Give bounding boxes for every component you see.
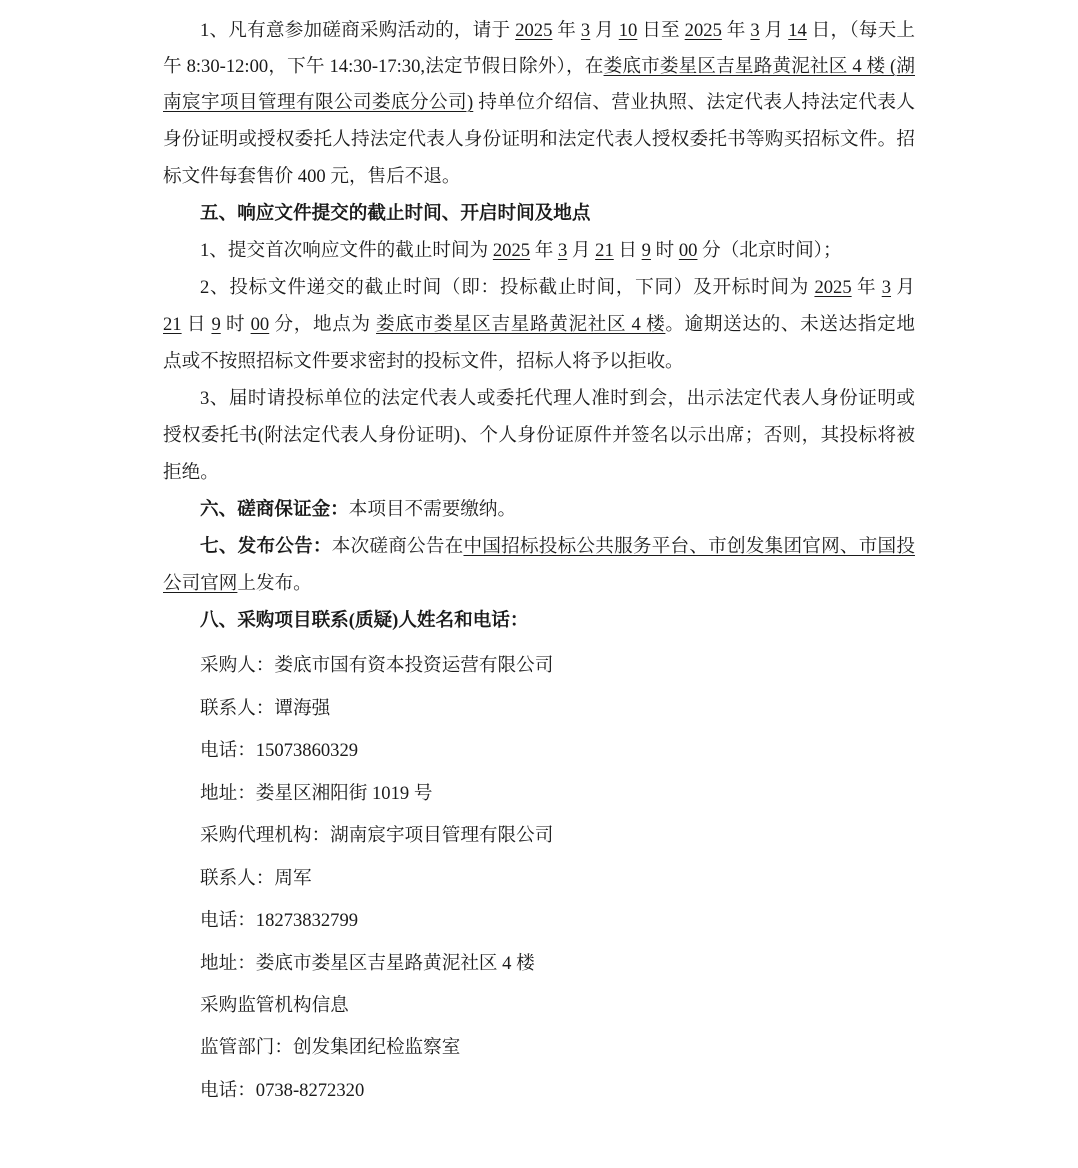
text: 日 bbox=[182, 314, 212, 335]
agency-phone: 电话：18273832799 bbox=[200, 906, 358, 936]
text: 年 bbox=[722, 20, 751, 41]
bid-day: 21 bbox=[163, 314, 182, 335]
text: 年 bbox=[552, 20, 581, 41]
text: 分，地点为 bbox=[269, 314, 376, 335]
bid-deadline-line-2: 21 日 9 时 00 分，地点为 娄底市娄星区吉星路黄泥社区 4 楼。逾期送达… bbox=[163, 310, 915, 340]
text: 月 bbox=[760, 20, 789, 41]
purchase-period-line-1: 1、凡有意参加磋商采购活动的，请于 2025 年 3 月 10 日至 2025 … bbox=[200, 16, 915, 46]
text: 月 bbox=[567, 240, 595, 261]
text: 月 bbox=[590, 20, 619, 41]
text: 本次磋商公告在 bbox=[332, 536, 464, 557]
purchaser-contact: 联系人：谭海强 bbox=[200, 694, 330, 724]
deadline-month: 3 bbox=[558, 240, 567, 261]
text: 上发布。 bbox=[237, 573, 311, 594]
section6-heading: 六、磋商保证金： bbox=[200, 499, 349, 520]
text: 2、投标文件递交的截止时间（即：投标截止时间，下同）及开标时间为 bbox=[200, 277, 814, 298]
text: 。逾期送达的、未送达指定地 bbox=[665, 314, 915, 335]
text: 1、提交首次响应文件的截止时间为 bbox=[200, 240, 493, 261]
section5-heading: 五、响应文件提交的截止时间、开启时间及地点 bbox=[200, 199, 915, 229]
text: 日至 bbox=[637, 20, 684, 41]
agency: 采购代理机构：湖南宸宇项目管理有限公司 bbox=[200, 821, 553, 851]
purchase-address-cont: 南宸宇项目管理有限公司娄底分公司) bbox=[163, 92, 473, 113]
bid-year: 2025 bbox=[814, 277, 851, 298]
text: 时 bbox=[651, 240, 679, 261]
end-year: 2025 bbox=[685, 20, 722, 41]
end-day: 14 bbox=[788, 20, 807, 41]
section6-text: 本项目不需要缴纳。 bbox=[349, 499, 516, 520]
section8-heading: 八、采购项目联系(质疑)人姓名和电话： bbox=[200, 606, 915, 636]
bid-minute: 00 bbox=[251, 314, 270, 335]
text: 日，（每天上 bbox=[807, 20, 915, 41]
agency-contact: 联系人：周军 bbox=[200, 864, 312, 894]
purchaser-phone: 电话：15073860329 bbox=[200, 736, 358, 766]
bid-month: 3 bbox=[882, 277, 891, 298]
text: 年 bbox=[530, 240, 558, 261]
bid-deadline-line-1: 2、投标文件递交的截止时间（即：投标截止时间，下同）及开标时间为 2025 年 … bbox=[200, 273, 915, 303]
publish-platforms: 中国招标投标公共服务平台、市创发集团官网、市国投 bbox=[464, 536, 915, 557]
attendance-line-1: 3、届时请投标单位的法定代表人或委托代理人准时到会，出示法定代表人身份证明或 bbox=[200, 384, 915, 414]
text: 日 bbox=[614, 240, 642, 261]
bid-deadline-line-3: 点或不按照招标文件要求密封的投标文件，招标人将予以拒收。 bbox=[163, 347, 915, 377]
section7-line-2: 公司官网上发布。 bbox=[163, 569, 915, 599]
publish-platforms-cont: 公司官网 bbox=[163, 573, 237, 594]
start-day: 10 bbox=[619, 20, 638, 41]
agency-address: 地址：娄底市娄星区吉星路黄泥社区 4 楼 bbox=[200, 949, 535, 979]
supervisor-phone: 电话：0738-8272320 bbox=[200, 1076, 364, 1106]
purchase-period-line-3: 南宸宇项目管理有限公司娄底分公司) 持单位介绍信、营业执照、法定代表人持法定代表… bbox=[163, 88, 915, 118]
deadline-year: 2025 bbox=[493, 240, 530, 261]
purchaser-address: 地址：娄星区湘阳街 1019 号 bbox=[200, 779, 432, 809]
deadline-hour: 9 bbox=[642, 240, 651, 261]
bid-hour: 9 bbox=[211, 314, 220, 335]
end-month: 3 bbox=[750, 20, 759, 41]
text: 月 bbox=[891, 277, 915, 298]
deadline-minute: 00 bbox=[679, 240, 698, 261]
text: 午 8:30-12:00，下午 14:30-17:30,法定节假日除外），在 bbox=[163, 56, 604, 77]
supervisor-dept: 监管部门：创发集团纪检监察室 bbox=[200, 1033, 460, 1063]
attendance-line-3: 拒绝。 bbox=[163, 458, 915, 488]
text: 持单位介绍信、营业执照、法定代表人持法定代表人 bbox=[473, 92, 915, 113]
section7-heading: 七、发布公告： bbox=[200, 536, 332, 557]
purchaser: 采购人：娄底市国有资本投资运营有限公司 bbox=[200, 651, 553, 681]
purchase-period-line-4: 身份证明或授权委托人持法定代表人身份证明和法定代表人授权委托书等购买招标文件。招 bbox=[163, 125, 915, 155]
deadline-day: 21 bbox=[595, 240, 614, 261]
purchase-address: 娄底市娄星区吉星路黄泥社区 4 楼 (湖 bbox=[604, 56, 915, 77]
attendance-line-2: 授权委托书(附法定代表人身份证明)、个人身份证原件并签名以示出席；否则，其投标将… bbox=[163, 421, 915, 451]
text: 时 bbox=[221, 314, 251, 335]
start-year: 2025 bbox=[515, 20, 552, 41]
purchase-period-line-5: 标文件每套售价 400 元，售后不退。 bbox=[163, 162, 915, 192]
text: 分（北京时间）； bbox=[697, 240, 841, 261]
supervisor-heading: 采购监管机构信息 bbox=[200, 991, 349, 1021]
first-response-deadline: 1、提交首次响应文件的截止时间为 2025 年 3 月 21 日 9 时 00 … bbox=[200, 236, 915, 266]
section7-line-1: 七、发布公告：本次磋商公告在中国招标投标公共服务平台、市创发集团官网、市国投 bbox=[200, 532, 915, 562]
text: 1、凡有意参加磋商采购活动的，请于 bbox=[200, 20, 515, 41]
section6: 六、磋商保证金：本项目不需要缴纳。 bbox=[200, 495, 915, 525]
text: 年 bbox=[852, 277, 882, 298]
purchase-period-line-2: 午 8:30-12:00，下午 14:30-17:30,法定节假日除外），在娄底… bbox=[163, 52, 915, 82]
start-month: 3 bbox=[581, 20, 590, 41]
bid-location: 娄底市娄星区吉星路黄泥社区 4 楼 bbox=[376, 314, 665, 335]
